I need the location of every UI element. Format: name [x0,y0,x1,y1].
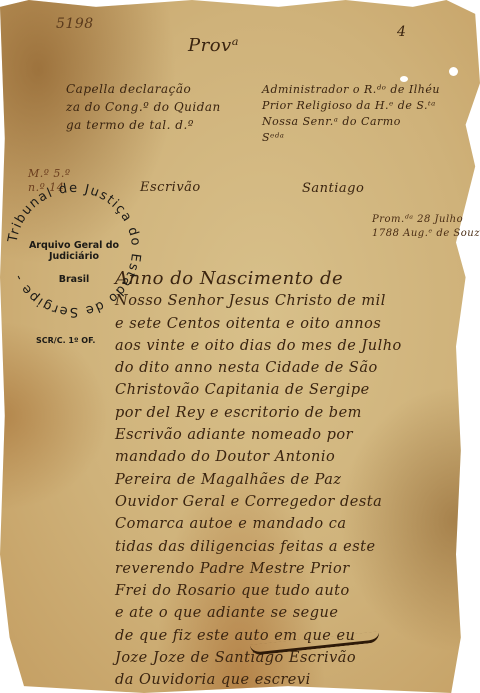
body-line: da Ouvidoria que escrevi [115,669,402,691]
body-line: Christovão Capitania de Sergipe [115,379,402,401]
stamp-country: Brasil [24,274,124,285]
body-line: Pereira de Magalhães de Paz [115,469,402,491]
body-line: mandado do Doutor Antonio [115,446,402,468]
stamp-archive-line: Arquivo Geral do [24,240,124,251]
body-line: tidas das diligencias feitas a este [115,536,402,558]
archive-number: 5198 [56,16,94,32]
folio-mark: Provᵃ [188,35,239,56]
body-line: reverendo Padre Mestre Prior [115,558,402,580]
body-line: e ate o que adiante se segue [115,602,402,624]
stamp-archive: Arquivo Geral do Judiciário [24,240,124,262]
body-line: aos vinte e oito dias do mes de Julho [115,335,402,357]
left-heading-line: Capella declaração [66,80,221,98]
left-heading-line: za do Cong.º do Quidan [66,98,221,116]
body-line: Frei do Rosario que tudo auto [115,580,402,602]
right-heading-line: Prior Religioso da H.ᵉ de S.ᵗᵃ [262,98,440,114]
right-heading: Administrador o R.ᵈᵒ de Ilhéu Prior Reli… [262,82,440,146]
body-line: Nosso Senhor Jesus Christo de mil [115,290,402,312]
clerk-name: Santiago [302,181,364,196]
stamp-archive-line: Judiciário [24,251,124,262]
side-note-line: Prom.ᵈᵃ 28 Julho [372,213,480,227]
body-text: Anno do Nascimento de Nosso Senhor Jesus… [115,268,402,692]
right-heading-line: Sᵉᵈᵃ [262,130,440,146]
right-heading-line: Nossa Senr.ᵃ do Carmo [262,114,440,130]
body-line: Anno do Nascimento de [115,268,402,290]
side-note: Prom.ᵈᵃ 28 Julho 1788 Aug.ᵉ de Souza [372,213,480,241]
right-heading-line: Administrador o R.ᵈᵒ de Ilhéu [262,82,440,98]
clerk-label: Escrivão [140,180,201,195]
margin-note-line: M.º 5.º [28,167,71,181]
archive-stamp: Tribunal de Justiça do Estado de Sergipe… [4,180,144,320]
left-heading-line: ga termo de tal. d.º [66,116,221,134]
body-line: e sete Centos oitenta e oito annos [115,313,402,335]
side-note-line: 1788 Aug.ᵉ de Souza [372,227,480,241]
paper-hole [449,67,458,76]
body-line: Escrivão adiante nomeado por [115,424,402,446]
stamp-code: SCR/C. 1º OF. [36,336,95,345]
body-line: Ouvidor Geral e Corregedor desta [115,491,402,513]
folio-number: 4 [397,24,406,40]
body-line: do dito anno nesta Cidade de São [115,357,402,379]
body-line: Comarca autoe e mandado ca [115,513,402,535]
body-line: por del Rey e escritorio de bem [115,402,402,424]
left-heading: Capella declaração za do Cong.º do Quida… [66,80,221,134]
